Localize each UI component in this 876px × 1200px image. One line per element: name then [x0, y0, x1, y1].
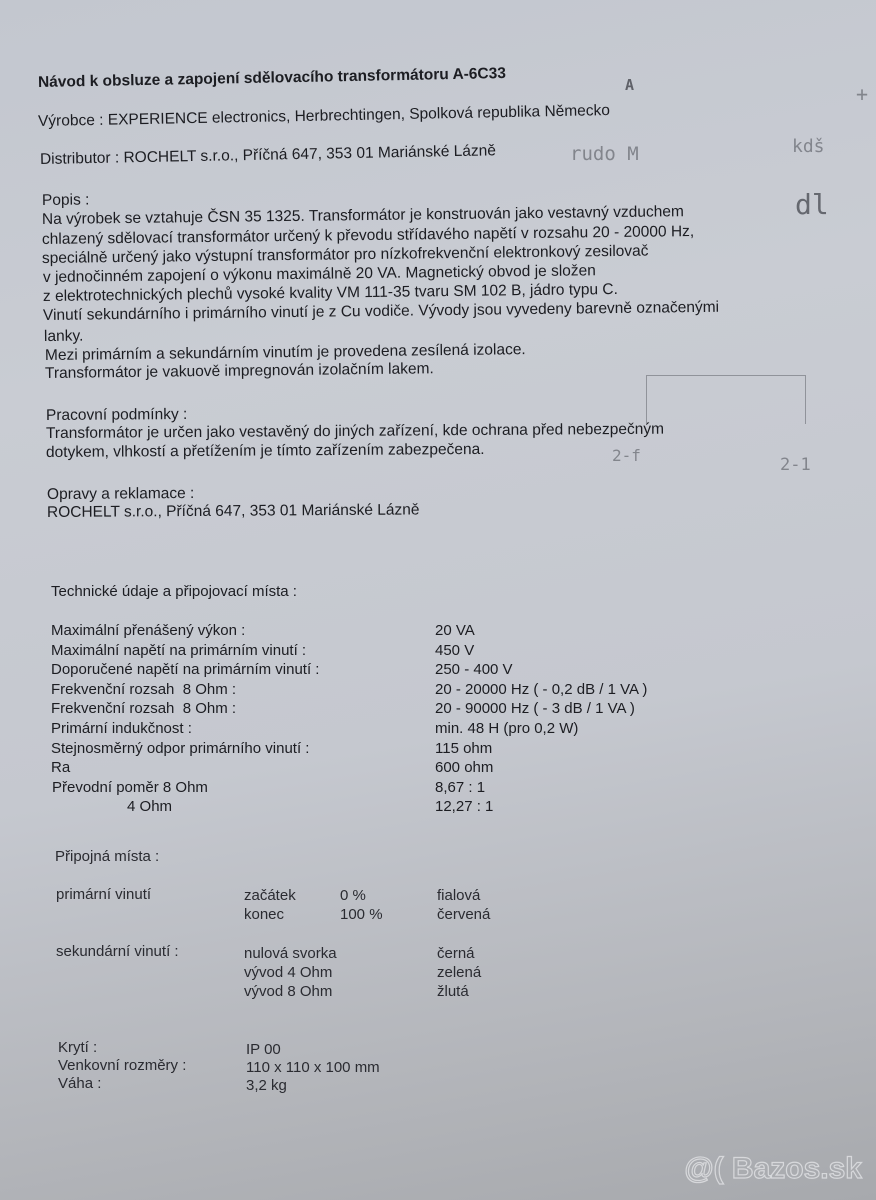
handwritten-mark: + [856, 82, 868, 106]
conditions-line: dotykem, vlhkostí a přetížením je tímto … [46, 440, 485, 462]
property-value: IP 00 [246, 1040, 281, 1059]
terminal-percent: 100 % [340, 905, 383, 924]
spec-value: 20 VA [435, 621, 475, 640]
conditions-heading: Pracovní podmínky : [46, 405, 187, 425]
spec-label: Ra [51, 758, 70, 777]
spec-value: 20 - 20000 Hz ( - 0,2 dB / 1 VA ) [435, 680, 647, 699]
manufacturer-line: Výrobce : EXPERIENCE electronics, Herbre… [38, 101, 610, 131]
property-label: Krytí : [58, 1038, 97, 1057]
terminal-name: začátek [244, 886, 296, 905]
spec-value: 250 - 400 V [435, 660, 513, 679]
spec-value: 8,67 : 1 [435, 778, 485, 797]
connections-heading: Připojná místa : [55, 847, 159, 866]
spec-label: Frekvenční rozsah 8 Ohm : [51, 699, 236, 718]
handwritten-mark: A [625, 76, 634, 94]
technical-heading: Technické údaje a připojovací místa : [51, 582, 297, 601]
spec-label: Frekvenční rozsah 8 Ohm : [51, 680, 236, 699]
spec-label: 4 Ohm [52, 797, 172, 816]
conditions-line: Transformátor je určen jako vestavěný do… [46, 420, 664, 443]
spec-value: 20 - 90000 Hz ( - 3 dB / 1 VA ) [435, 699, 635, 718]
wire-color: žlutá [437, 982, 469, 1001]
spec-label: Maximální přenášený výkon : [51, 621, 245, 640]
property-value: 3,2 kg [246, 1076, 287, 1095]
spec-label: Doporučené napětí na primárním vinutí : [51, 660, 319, 679]
terminal-name: vývod 8 Ohm [244, 982, 332, 1001]
spec-label: Maximální napětí na primárním vinutí : [51, 641, 306, 660]
spec-label: Stejnosměrný odpor primárního vinutí : [51, 739, 309, 758]
description-line: Transformátor je vakuově impregnován izo… [45, 359, 434, 383]
description-heading: Popis : [42, 190, 90, 210]
handwritten-mark: 2-1 [780, 455, 811, 475]
terminal-name: konec [244, 905, 284, 924]
spec-value: 12,27 : 1 [435, 797, 493, 816]
spec-label: Primární indukčnost : [51, 719, 192, 738]
spec-value: 115 ohm [435, 739, 492, 758]
secondary-winding-label: sekundární vinutí : [56, 942, 179, 961]
repairs-heading: Opravy a reklamace : [47, 484, 194, 504]
handwritten-mark: 2-f [612, 446, 641, 465]
handwritten-mark: rudo M [570, 143, 639, 165]
wire-color: červená [437, 905, 490, 924]
distributor-line: Distributor : ROCHELT s.r.o., Příčná 647… [40, 141, 496, 169]
handwritten-mark: dl [795, 188, 829, 221]
repairs-address: ROCHELT s.r.o., Příčná 647, 353 01 Mariá… [47, 500, 420, 522]
property-label: Venkovní rozměry : [58, 1056, 186, 1075]
terminal-name: vývod 4 Ohm [244, 963, 332, 982]
spec-value: 450 V [435, 641, 474, 660]
document-title: Návod k obsluze a zapojení sdělovacího t… [38, 64, 506, 92]
wire-color: zelená [437, 963, 481, 982]
handwritten-bracket [646, 375, 806, 424]
wire-color: černá [437, 944, 475, 963]
scanned-document: Návod k obsluze a zapojení sdělovacího t… [0, 0, 876, 1200]
terminal-name: nulová svorka [244, 944, 337, 963]
spec-value: min. 48 H (pro 0,2 W) [435, 719, 578, 738]
spec-label: Převodní poměr 8 Ohm [52, 778, 208, 797]
handwritten-mark: kdš [792, 136, 825, 157]
bazos-watermark: @( Bazos.sk [684, 1152, 862, 1186]
primary-winding-label: primární vinutí [56, 885, 151, 904]
property-value: 110 x 110 x 100 mm [246, 1058, 380, 1077]
wire-color: fialová [437, 886, 480, 905]
description-line: lanky. [44, 327, 84, 346]
property-label: Váha : [58, 1074, 101, 1093]
terminal-percent: 0 % [340, 886, 366, 905]
spec-value: 600 ohm [435, 758, 493, 777]
